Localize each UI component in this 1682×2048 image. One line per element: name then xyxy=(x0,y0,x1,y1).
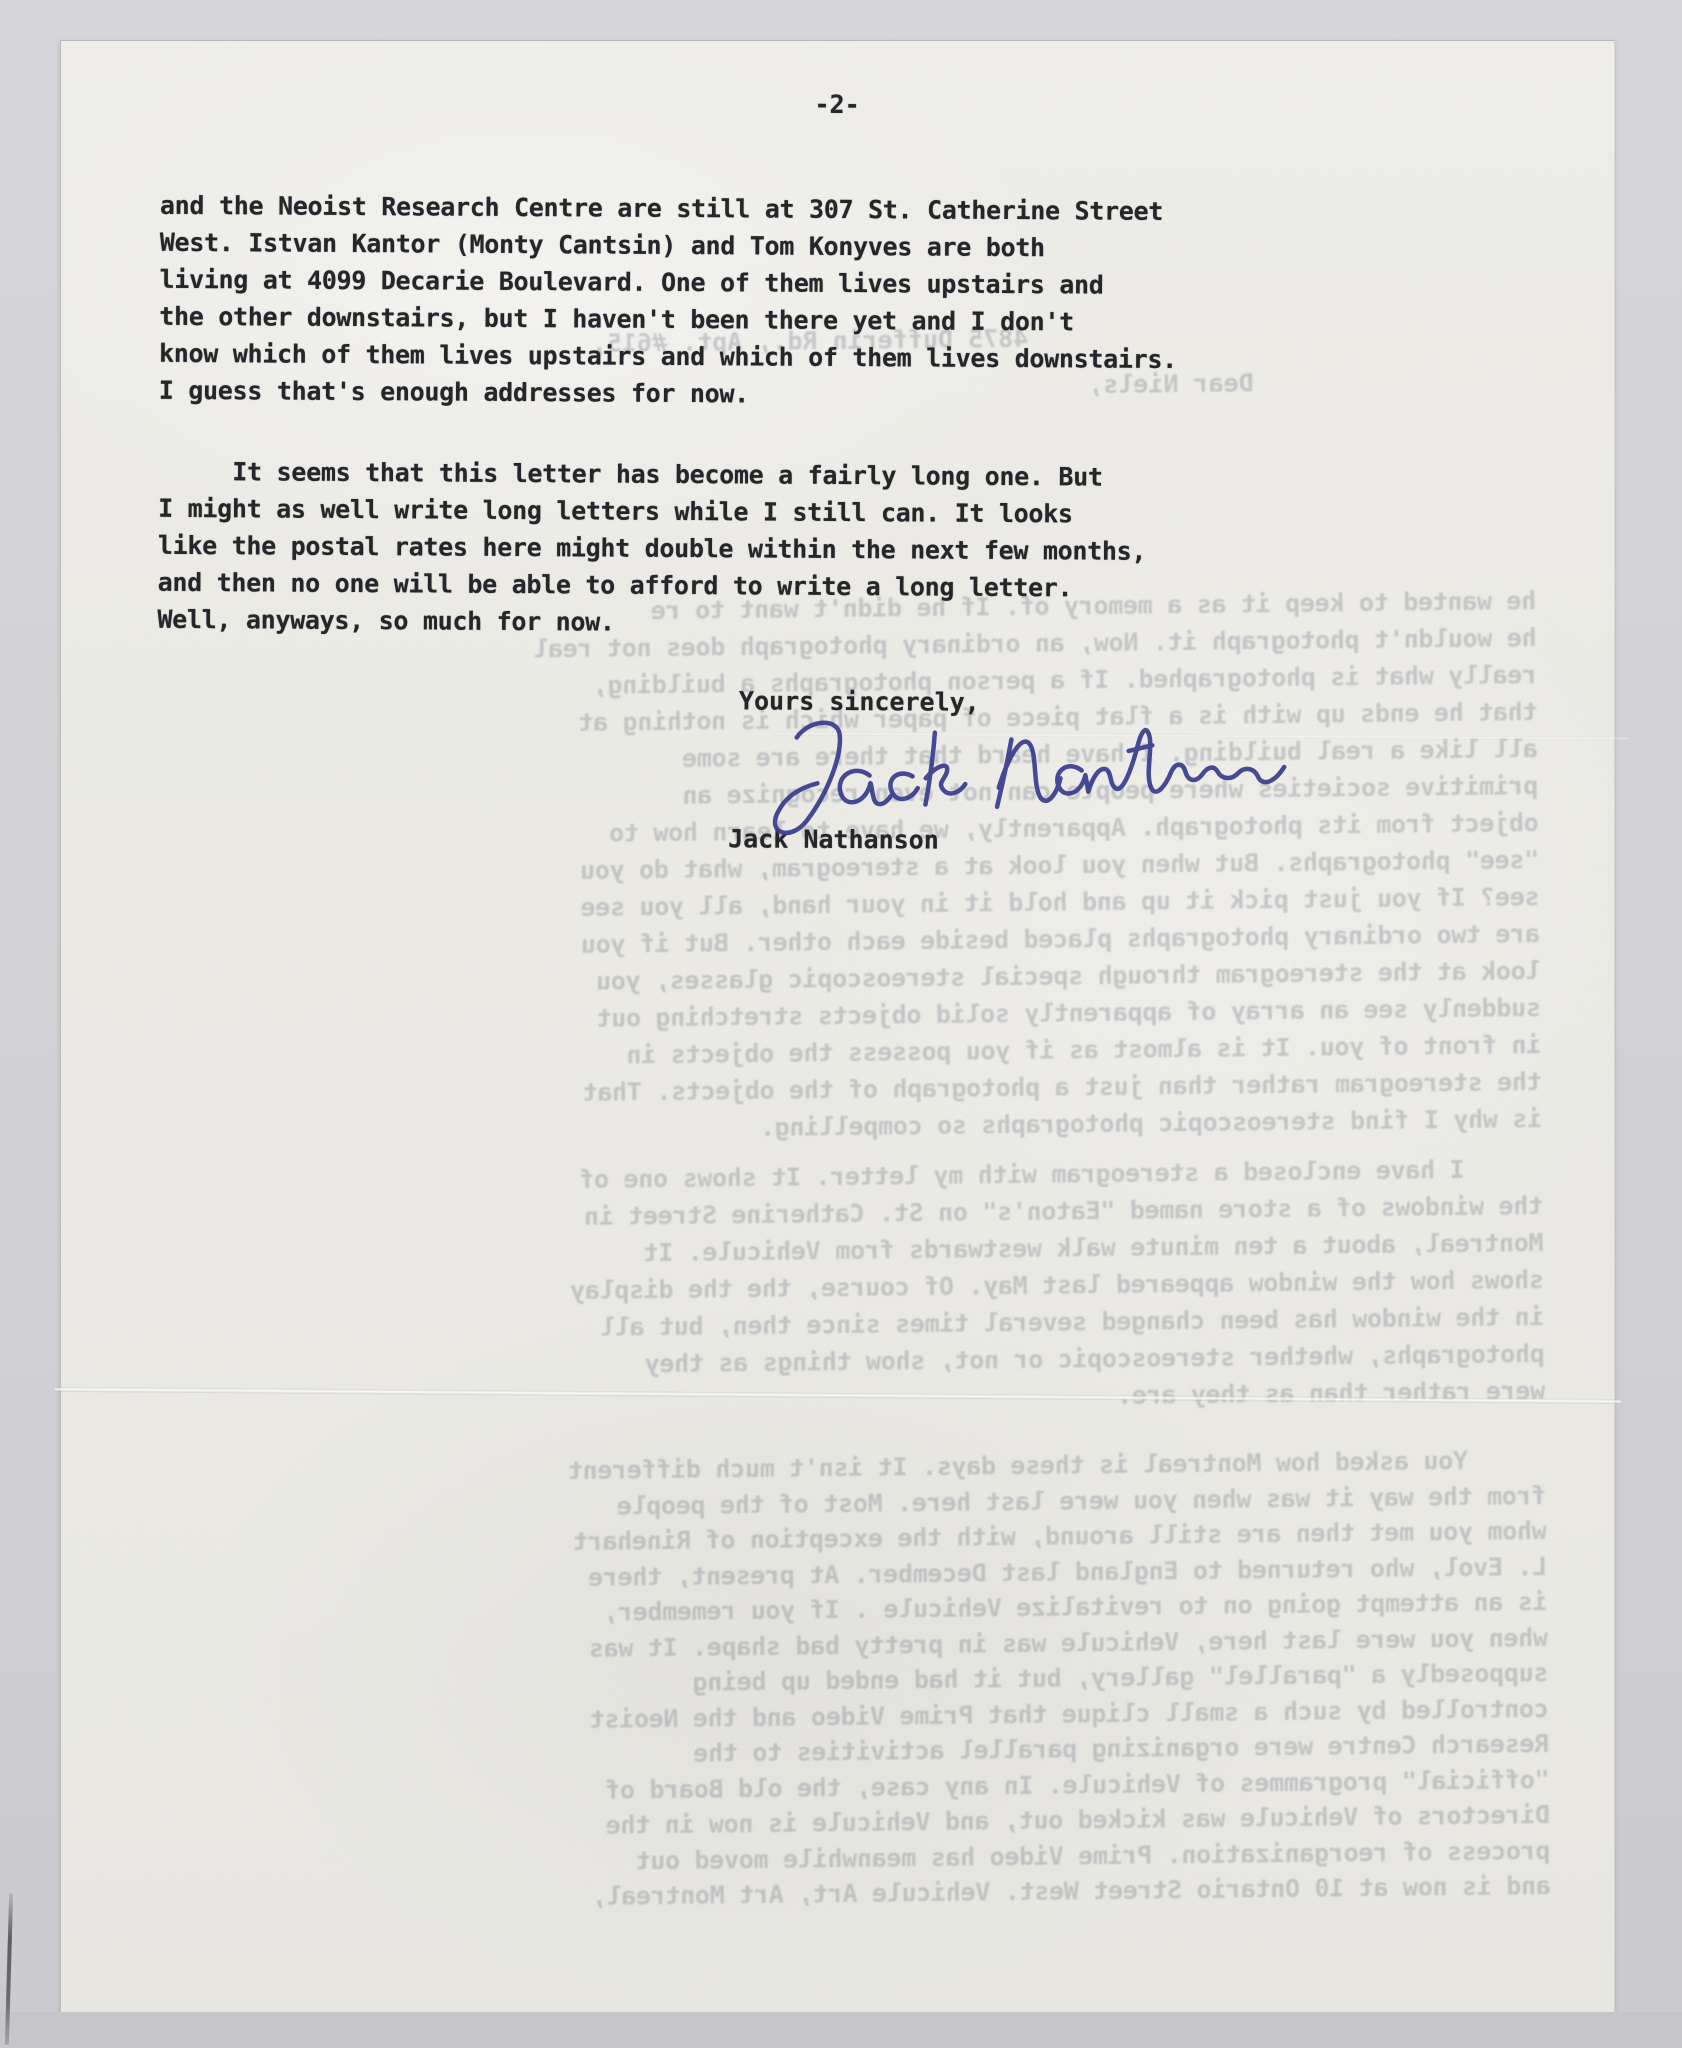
typed-text-line: It seems that this letter has become a f… xyxy=(158,456,1102,493)
typed-text-line: like the postal rates here might double … xyxy=(158,530,1147,567)
page-number: -2- xyxy=(61,85,1614,123)
typed-text-line: living at 4099 Decarie Boulevard. One of… xyxy=(159,264,1103,301)
typed-text-line: the other downstairs, but I haven't been… xyxy=(159,301,1074,338)
typed-text-line: West. Istvan Kantor (Monty Cantsin) and … xyxy=(160,227,1045,263)
handwritten-signature xyxy=(726,683,1291,862)
typed-text-line: and the Neoist Research Centre are still… xyxy=(160,190,1163,227)
letter-paper: 4875 Dufferin Rd., Apt. #615, Dear Niels… xyxy=(60,40,1615,2013)
typed-text-line: and then no one will be able to afford t… xyxy=(158,567,1073,604)
typed-text-line: I guess that's enough addresses for now. xyxy=(159,375,749,410)
scan-backdrop-bottom xyxy=(0,2012,1682,2048)
scanned-letter-page: { "page": { "page_number": "-2-", "parag… xyxy=(0,0,1682,2048)
typed-text-layer: -2- and the Neoist Research Centre are s… xyxy=(49,37,1614,2018)
typed-text-line: know which of them lives upstairs and wh… xyxy=(159,338,1177,375)
typed-text-line: I might as well write long letters while… xyxy=(158,493,1073,530)
paragraph-letter-length: It seems that this letter has become a f… xyxy=(157,456,1558,665)
typed-text-line: Well, anyways, so much for now. xyxy=(157,604,614,638)
paragraph-addresses: and the Neoist Research Centre are still… xyxy=(159,190,1560,429)
